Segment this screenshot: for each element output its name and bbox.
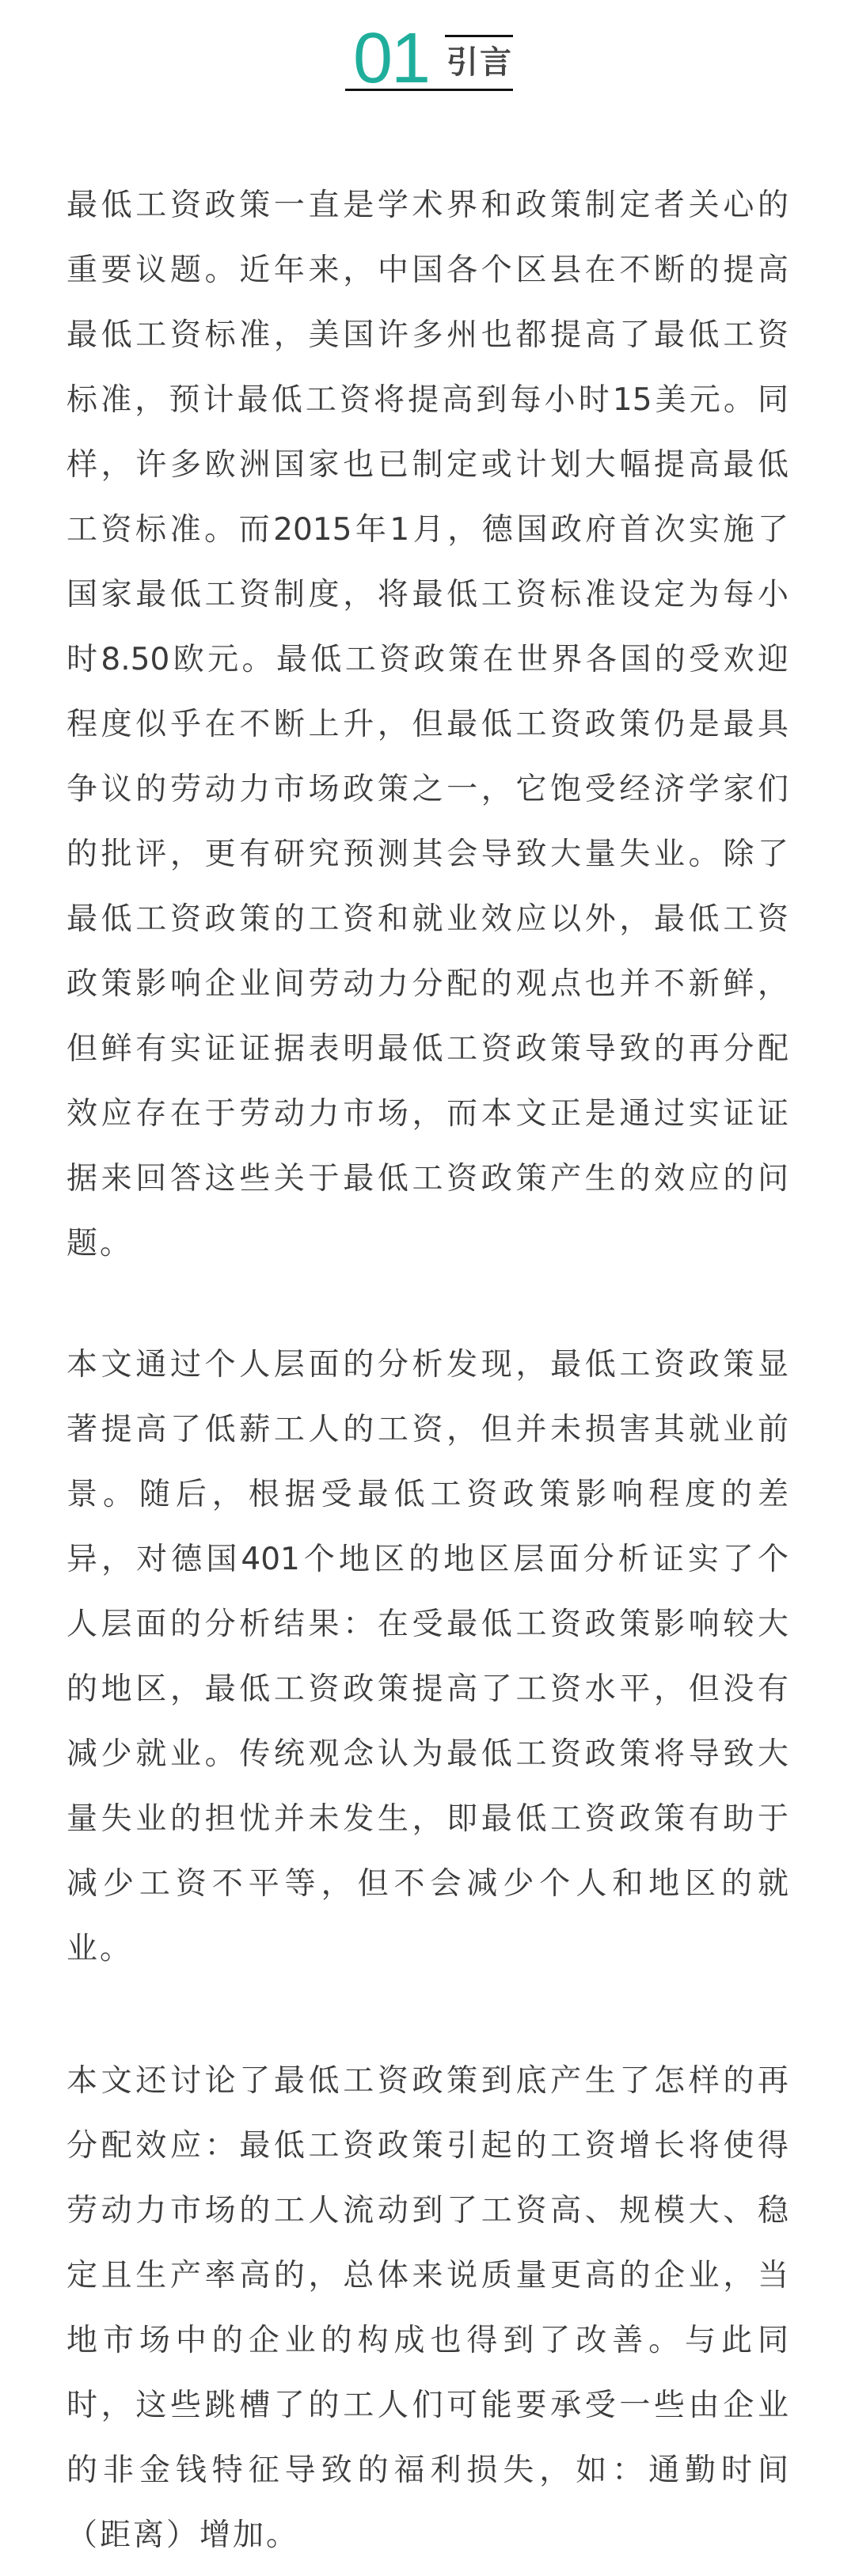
text-line: 国家最低工资制度，将最低工资标准设定为每小: [66, 563, 788, 628]
text-line: 最低工资政策的工资和就业效应以外，最低工资: [66, 887, 788, 952]
text-line: 最低工资政策一直是学术界和政策制定者关心的: [66, 173, 788, 238]
text-line: 最低工资标准，美国许多州也都提高了最低工资: [66, 303, 788, 368]
text-line: 政策影响企业间劳动力分配的观点也并不新鲜，: [66, 952, 788, 1017]
text-line: 效应存在于劳动力市场，而本文正是通过实证证: [66, 1082, 788, 1147]
header-top-rule: [445, 35, 513, 37]
text-line: 减少工资不平等，但不会减少个人和地区的就: [66, 1852, 788, 1917]
text-line: 异，对德国401个地区的地区层面分析证实了个: [66, 1527, 788, 1592]
text-line: 但鲜有实证证据表明最低工资政策导致的再分配: [66, 1017, 788, 1082]
paragraph-2: 本文通过个人层面的分析发现，最低工资政策显 著提高了低薪工人的工资，但并未损害其…: [66, 1333, 788, 1982]
text-line: 的批评，更有研究预测其会导致大量失业。除了: [66, 822, 788, 887]
text-line: 题。: [66, 1212, 788, 1277]
header-bottom-rule: [345, 89, 513, 91]
text-line: （距离）增加。: [66, 2503, 788, 2568]
text-line: 的非金钱特征导致的福利损失，如：通勤时间: [66, 2438, 788, 2503]
text-line: 人层面的分析结果：在受最低工资政策影响较大: [66, 1592, 788, 1657]
text-line: 样，许多欧洲国家也已制定或计划大幅提高最低: [66, 433, 788, 498]
text-line: 标准，预计最低工资将提高到每小时15美元。同: [66, 368, 788, 433]
section-number: 01: [353, 19, 429, 98]
text-line: 本文通过个人层面的分析发现，最低工资政策显: [66, 1333, 788, 1398]
text-line: 著提高了低薪工人的工资，但并未损害其就业前: [66, 1398, 788, 1463]
text-line: 的地区，最低工资政策提高了工资水平，但没有: [66, 1657, 788, 1722]
text-line: 减少就业。传统观念认为最低工资政策将导致大: [66, 1722, 788, 1787]
text-line: 据来回答这些关于最低工资政策产生的效应的问: [66, 1147, 788, 1212]
text-line: 定且生产率高的，总体来说质量更高的企业，当: [66, 2244, 788, 2309]
paragraph-1: 最低工资政策一直是学术界和政策制定者关心的 重要议题。近年来，中国各个区县在不断…: [66, 173, 788, 1277]
text-line: 重要议题。近年来，中国各个区县在不断的提高: [66, 238, 788, 303]
text-line: 本文还讨论了最低工资政策到底产生了怎样的再: [66, 2049, 788, 2114]
paragraph-3: 本文还讨论了最低工资政策到底产生了怎样的再 分配效应：最低工资政策引起的工资增长…: [66, 2049, 788, 2568]
text-line: 景。随后，根据受最低工资政策影响程度的差: [66, 1463, 788, 1527]
text-line: 时，这些跳槽了的工人们可能要承受一些由企业: [66, 2373, 788, 2438]
text-line: 业。: [66, 1917, 788, 1982]
text-line: 时8.50欧元。最低工资政策在世界各国的受欢迎: [66, 628, 788, 692]
section-header: 01 引言: [345, 16, 513, 95]
text-line: 争议的劳动力市场政策之一，它饱受经济学家们: [66, 757, 788, 822]
section-title: 引言: [446, 43, 513, 82]
text-line: 工资标准。而2015年1月，德国政府首次实施了: [66, 498, 788, 563]
text-line: 程度似乎在不断上升，但最低工资政策仍是最具: [66, 692, 788, 757]
text-line: 量失业的担忧并未发生，即最低工资政策有助于: [66, 1787, 788, 1852]
text-line: 分配效应：最低工资政策引起的工资增长将使得: [66, 2114, 788, 2179]
text-line: 劳动力市场的工人流动到了工资高、规模大、稳: [66, 2179, 788, 2244]
text-line: 地市场中的企业的构成也得到了改善。与此同: [66, 2309, 788, 2373]
